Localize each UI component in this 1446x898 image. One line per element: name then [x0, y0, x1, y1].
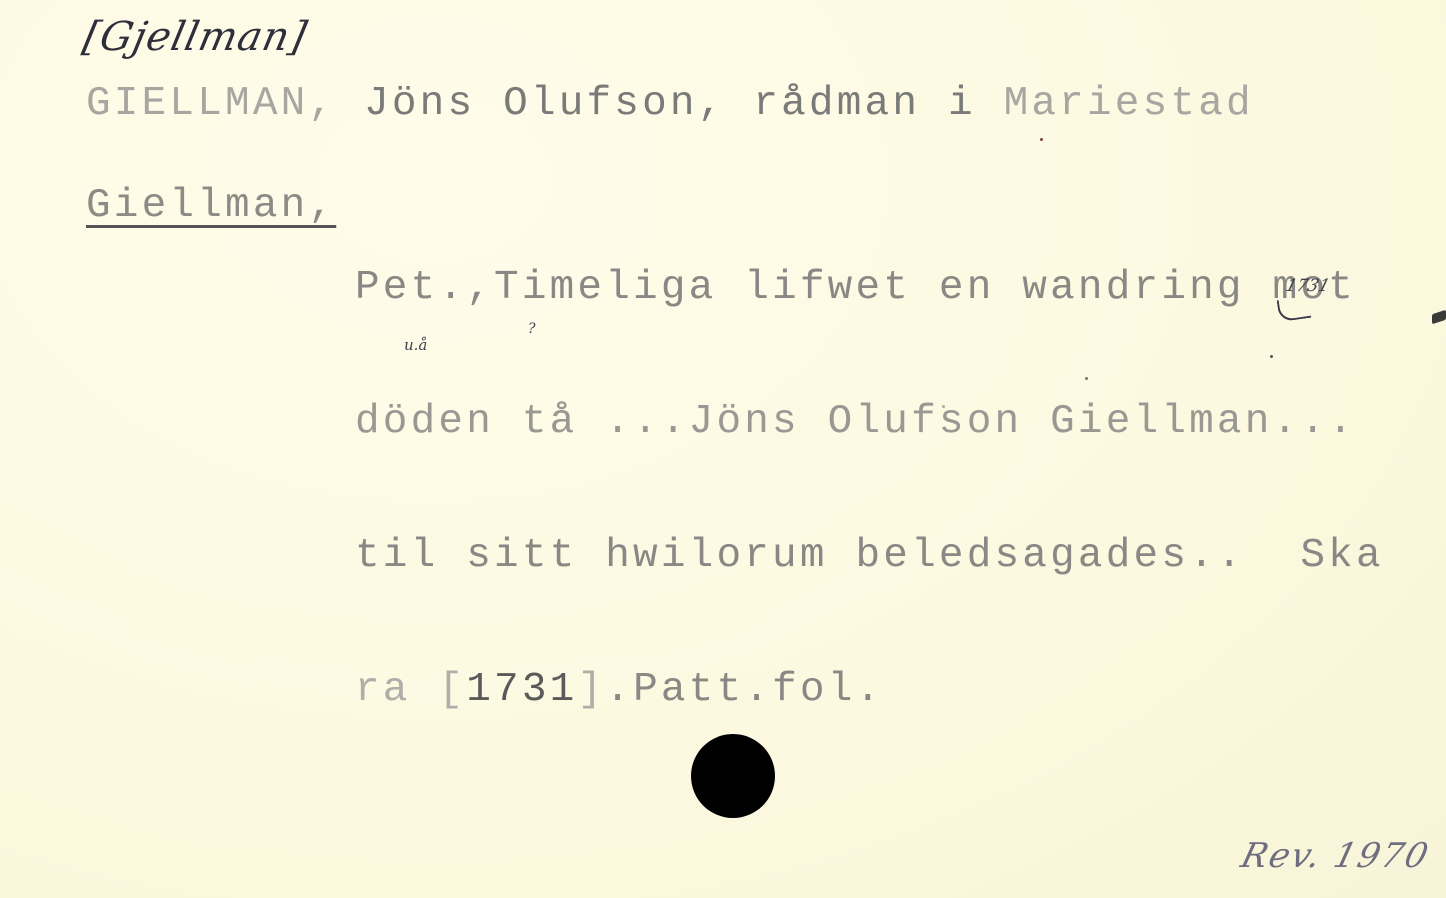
- entry-line-3: til sitt hwilorum beledsagades.. Ska: [355, 536, 1384, 588]
- handwritten-annotation-ua: u.å: [404, 336, 427, 354]
- ink-speck: [942, 405, 945, 408]
- ink-speck: [1085, 377, 1088, 380]
- heading-title: rådman i: [753, 81, 975, 127]
- entry-body: Pet.,Timeliga lifwet en wandring mot död…: [355, 186, 1384, 804]
- entry-line-4-space: [411, 667, 439, 713]
- entry-line-4-prefix: ra: [355, 667, 411, 713]
- entry-line-2: döden tå ...Jöns Olufson Giellman...: [355, 402, 1384, 454]
- entry-author-heading: Giellman,: [86, 186, 336, 227]
- handwritten-annotation-query: ?: [528, 321, 536, 337]
- entry-line-4-bracket-close: ]: [577, 667, 605, 713]
- entry-line-4-year: 1731: [466, 667, 577, 713]
- ink-smudge: [1432, 310, 1446, 325]
- entry-line-3-main: til sitt hwilorum beledsagades..: [355, 533, 1245, 579]
- entry-line-3-gap: [1245, 533, 1301, 579]
- entry-line-4-bracket-open: [: [438, 667, 466, 713]
- handwritten-annotation-1731: 1731: [1283, 276, 1332, 296]
- ink-speck: [1270, 355, 1273, 358]
- revision-note: Rev. 1970: [1237, 836, 1434, 876]
- entry-line-4: ra [1731].Patt.fol.: [355, 670, 1384, 722]
- handwritten-heading: [Gjellman]: [79, 14, 311, 60]
- heading-surname: GIELLMAN,: [86, 81, 336, 127]
- ink-speck: [1040, 138, 1043, 141]
- entry-line-1: Pet.,Timeliga lifwet en wandring mot: [355, 268, 1384, 320]
- author-heading-text: Giellman,: [86, 183, 336, 229]
- entry-line-3-tail: Ska: [1300, 533, 1383, 579]
- heading-place: Mariestad: [1004, 81, 1254, 127]
- heading-given-names: Jöns Olufson,: [364, 81, 725, 127]
- entry-line-4-rest: .Patt.fol.: [605, 667, 883, 713]
- punch-hole: [691, 734, 775, 818]
- main-heading: GIELLMAN, Jöns Olufson, rådman i Mariest…: [86, 84, 1254, 125]
- catalog-card: [Gjellman] GIELLMAN, Jöns Olufson, rådma…: [0, 0, 1446, 898]
